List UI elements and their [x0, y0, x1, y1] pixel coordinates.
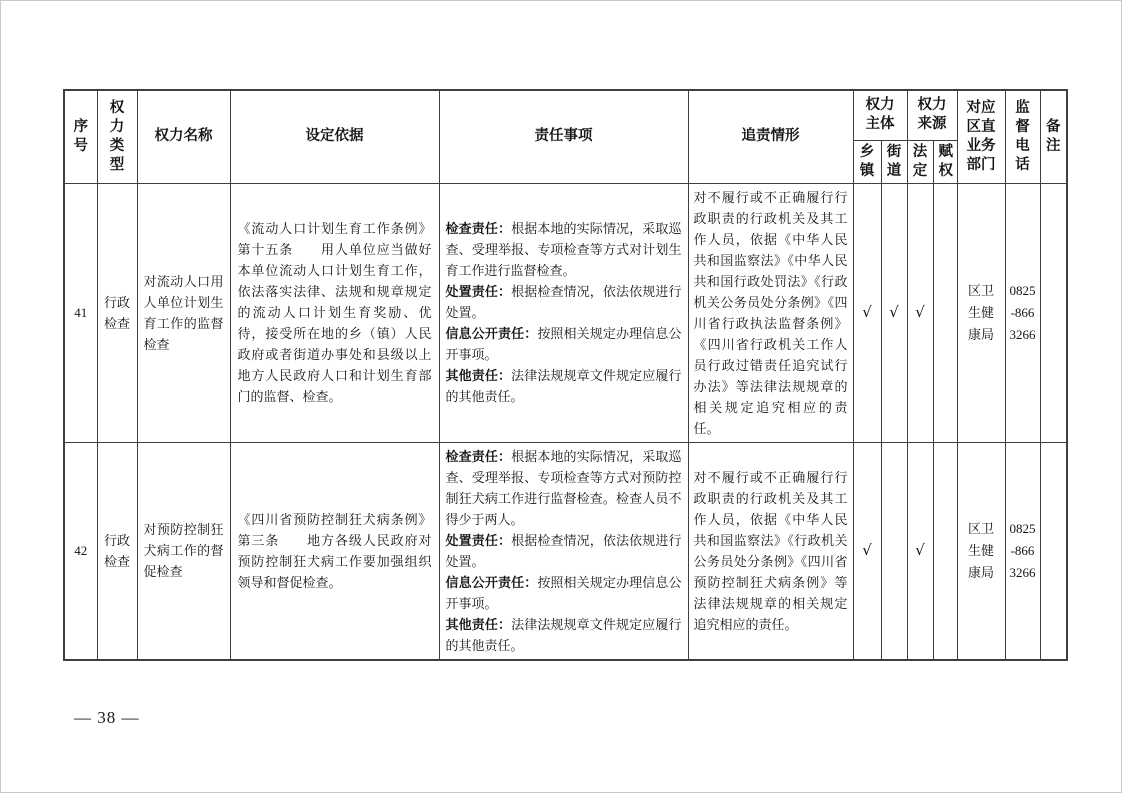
cell-street-check: √ [881, 183, 907, 442]
cell-power-name: 对预防控制狂犬病工作的督促检查 [137, 442, 230, 660]
cell-delegated-check [933, 442, 957, 660]
cell-dept: 区卫生健康局 [957, 442, 1005, 660]
cell-power-type: 行政检查 [97, 442, 137, 660]
header-power-name: 权力名称 [137, 90, 230, 183]
header-dept: 对应区直业务部门 [957, 90, 1005, 183]
cell-phone: 0825-8663266 [1005, 183, 1040, 442]
duty-item: 检查责任：根据本地的实际情况，采取巡查、受理举报、专项检查等方式对计划生育工作进… [446, 218, 682, 281]
cell-remark [1040, 442, 1067, 660]
table-row-42: 42 行政检查 对预防控制狂犬病工作的督促检查 《四川省预防控制狂犬病条例》第三… [64, 442, 1067, 660]
duty-item: 信息公开责任：按照相关规定办理信息公开事项。 [446, 323, 682, 365]
header-power-type: 权力类型 [97, 90, 137, 183]
duty-item: 信息公开责任：按照相关规定办理信息公开事项。 [446, 572, 682, 614]
document-page: 序号 权力类型 权力名称 设定依据 责任事项 追责情形 权力主体 权力来源 对应… [0, 0, 1122, 793]
header-remark: 备注 [1040, 90, 1067, 183]
cell-statutory-check: √ [907, 183, 933, 442]
cell-accountability: 对不履行或不正确履行行政职责的行政机关及其工作人员，依据《中华人民共和国监察法》… [688, 183, 853, 442]
cell-duty-items: 检查责任：根据本地的实际情况，采取巡查、受理举报、专项检查等方式对预防控制狂犬病… [439, 442, 688, 660]
header-power-source: 权力来源 [907, 90, 957, 140]
header-seq: 序号 [64, 90, 97, 183]
cell-accountability: 对不履行或不正确履行行政职责的行政机关及其工作人员，依据《中华人民共和国监察法》… [688, 442, 853, 660]
header-power-subject: 权力主体 [853, 90, 907, 140]
page-number: — 38 — [74, 708, 140, 728]
header-accountability: 追责情形 [688, 90, 853, 183]
cell-dept: 区卫生健康局 [957, 183, 1005, 442]
duty-item: 处置责任：根据检查情况，依法依规进行处置。 [446, 281, 682, 323]
duty-label: 处置责任： [446, 533, 512, 548]
cell-power-name: 对流动人口用人单位计划生育工作的监督检查 [137, 183, 230, 442]
duty-label: 信息公开责任： [446, 326, 538, 341]
duty-label: 其他责任： [446, 617, 512, 632]
cell-remark [1040, 183, 1067, 442]
cell-phone: 0825-8663266 [1005, 442, 1040, 660]
cell-seq: 41 [64, 183, 97, 442]
cell-legal-basis: 《流动人口计划生育工作条例》第十五条 用人单位应当做好本单位流动人口计划生育工作… [230, 183, 439, 442]
duty-label: 检查责任： [446, 449, 512, 464]
header-delegated: 赋权 [933, 140, 957, 183]
duty-item: 其他责任：法律法规规章文件规定应履行的其他责任。 [446, 614, 682, 656]
duty-item: 其他责任：法律法规规章文件规定应履行的其他责任。 [446, 365, 682, 407]
table-row-41: 41 行政检查 对流动人口用人单位计划生育工作的监督检查 《流动人口计划生育工作… [64, 183, 1067, 442]
cell-delegated-check [933, 183, 957, 442]
duty-label: 其他责任： [446, 368, 512, 383]
header-statutory: 法定 [907, 140, 933, 183]
header-duty-items: 责任事项 [439, 90, 688, 183]
header-township: 乡镇 [853, 140, 881, 183]
duty-label: 信息公开责任： [446, 575, 538, 590]
cell-statutory-check: √ [907, 442, 933, 660]
header-legal-basis: 设定依据 [230, 90, 439, 183]
cell-duty-items: 检查责任：根据本地的实际情况，采取巡查、受理举报、专项检查等方式对计划生育工作进… [439, 183, 688, 442]
header-row-main: 序号 权力类型 权力名称 设定依据 责任事项 追责情形 权力主体 权力来源 对应… [64, 90, 1067, 140]
cell-power-type: 行政检查 [97, 183, 137, 442]
cell-township-check: √ [853, 442, 881, 660]
duty-item: 处置责任：根据检查情况，依法依规进行处置。 [446, 530, 682, 572]
header-street: 街道 [881, 140, 907, 183]
duty-label: 检查责任： [446, 221, 512, 236]
cell-legal-basis: 《四川省预防控制狂犬病条例》第三条 地方各级人民政府对预防控制狂犬病工作要加强组… [230, 442, 439, 660]
cell-seq: 42 [64, 442, 97, 660]
header-phone: 监督电话 [1005, 90, 1040, 183]
power-list-table: 序号 权力类型 权力名称 设定依据 责任事项 追责情形 权力主体 权力来源 对应… [63, 89, 1068, 661]
duty-item: 检查责任：根据本地的实际情况，采取巡查、受理举报、专项检查等方式对预防控制狂犬病… [446, 446, 682, 530]
cell-street-check [881, 442, 907, 660]
duty-label: 处置责任： [446, 284, 512, 299]
cell-township-check: √ [853, 183, 881, 442]
